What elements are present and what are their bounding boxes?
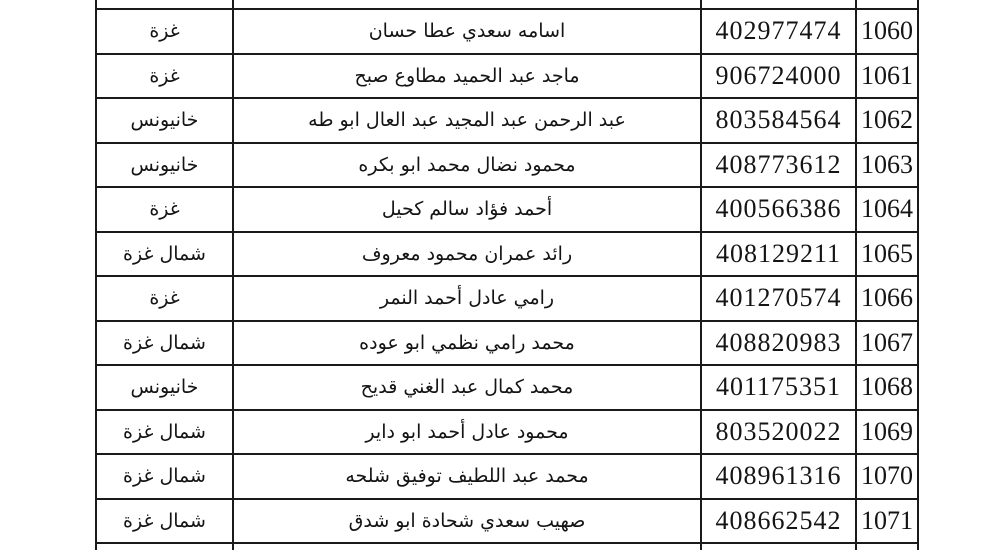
person-name-cell: ماجد عبد الحميد مطاوع صبح <box>233 54 701 99</box>
serial-number-cell <box>856 543 918 550</box>
person-name-cell: محمد عبد اللطيف توفيق شلحه <box>233 454 701 499</box>
person-name-cell: محمد رامي نظمي ابو عوده <box>233 321 701 366</box>
serial-number-cell: 1071 <box>856 499 918 544</box>
governorate-cell: خانيونس <box>96 98 233 143</box>
governorate-cell: غزة <box>96 9 233 54</box>
person-name-cell: صهيب سعدي شحادة ابو شدق <box>233 499 701 544</box>
person-name-cell: أحمد فؤاد سالم كحيل <box>233 187 701 232</box>
serial-number-cell: 1060 <box>856 9 918 54</box>
governorate-cell: خانيونس <box>96 365 233 410</box>
governorate-cell: شمال غزة <box>96 499 233 544</box>
id-number-cell: 408820983 <box>701 321 856 366</box>
table-row: 1063 408773612 محمود نضال محمد ابو بكره … <box>96 143 918 188</box>
person-name-cell: محمود عادل أحمد ابو داير <box>233 410 701 455</box>
clipped-row-top <box>96 0 918 9</box>
table-row: 1069 803520022 محمود عادل أحمد ابو داير … <box>96 410 918 455</box>
serial-number-cell: 1069 <box>856 410 918 455</box>
person-name-cell <box>233 543 701 550</box>
person-name-cell: محمد كمال عبد الغني قديح <box>233 365 701 410</box>
document-page: 1060 402977474 اسامه سعدي عطا حسان غزة 1… <box>0 0 1000 550</box>
id-number-cell: 402977474 <box>701 9 856 54</box>
governorate-cell <box>96 0 233 9</box>
serial-number-cell: 1068 <box>856 365 918 410</box>
governorate-cell <box>96 543 233 550</box>
serial-number-cell: 1070 <box>856 454 918 499</box>
id-number-cell: 906724000 <box>701 54 856 99</box>
id-number-cell: 401270574 <box>701 276 856 321</box>
records-table-grid: 1060 402977474 اسامه سعدي عطا حسان غزة 1… <box>95 0 919 550</box>
table-row: 1061 906724000 ماجد عبد الحميد مطاوع صبح… <box>96 54 918 99</box>
governorate-cell: غزة <box>96 187 233 232</box>
table-row: 1071 408662542 صهيب سعدي شحادة ابو شدق ش… <box>96 499 918 544</box>
id-number-cell: 408129211 <box>701 232 856 277</box>
id-number-cell <box>701 543 856 550</box>
governorate-cell: غزة <box>96 276 233 321</box>
id-number-cell: 408773612 <box>701 143 856 188</box>
governorate-cell: شمال غزة <box>96 321 233 366</box>
id-number-cell: 400566386 <box>701 187 856 232</box>
id-number-cell: 408961316 <box>701 454 856 499</box>
table-row: 1064 400566386 أحمد فؤاد سالم كحيل غزة <box>96 187 918 232</box>
clipped-row-bottom <box>96 543 918 550</box>
id-number-cell: 401175351 <box>701 365 856 410</box>
id-number-cell <box>701 0 856 9</box>
person-name-cell: اسامه سعدي عطا حسان <box>233 9 701 54</box>
table-row: 1062 803584564 عبد الرحمن عبد المجيد عبد… <box>96 98 918 143</box>
id-number-cell: 408662542 <box>701 499 856 544</box>
table-row: 1060 402977474 اسامه سعدي عطا حسان غزة <box>96 9 918 54</box>
serial-number-cell: 1066 <box>856 276 918 321</box>
serial-number-cell: 1061 <box>856 54 918 99</box>
table-row: 1067 408820983 محمد رامي نظمي ابو عوده ش… <box>96 321 918 366</box>
governorate-cell: خانيونس <box>96 143 233 188</box>
table-row: 1068 401175351 محمد كمال عبد الغني قديح … <box>96 365 918 410</box>
person-name-cell <box>233 0 701 9</box>
governorate-cell: شمال غزة <box>96 232 233 277</box>
person-name-cell: رائد عمران محمود معروف <box>233 232 701 277</box>
person-name-cell: عبد الرحمن عبد المجيد عبد العال ابو طه <box>233 98 701 143</box>
serial-number-cell <box>856 0 918 9</box>
serial-number-cell: 1065 <box>856 232 918 277</box>
serial-number-cell: 1063 <box>856 143 918 188</box>
serial-number-cell: 1064 <box>856 187 918 232</box>
person-name-cell: رامي عادل أحمد النمر <box>233 276 701 321</box>
table-row: 1065 408129211 رائد عمران محمود معروف شم… <box>96 232 918 277</box>
id-number-cell: 803520022 <box>701 410 856 455</box>
table-row: 1070 408961316 محمد عبد اللطيف توفيق شلح… <box>96 454 918 499</box>
governorate-cell: شمال غزة <box>96 410 233 455</box>
table-row: 1066 401270574 رامي عادل أحمد النمر غزة <box>96 276 918 321</box>
governorate-cell: غزة <box>96 54 233 99</box>
records-table: 1060 402977474 اسامه سعدي عطا حسان غزة 1… <box>95 0 919 550</box>
serial-number-cell: 1067 <box>856 321 918 366</box>
person-name-cell: محمود نضال محمد ابو بكره <box>233 143 701 188</box>
id-number-cell: 803584564 <box>701 98 856 143</box>
serial-number-cell: 1062 <box>856 98 918 143</box>
governorate-cell: شمال غزة <box>96 454 233 499</box>
